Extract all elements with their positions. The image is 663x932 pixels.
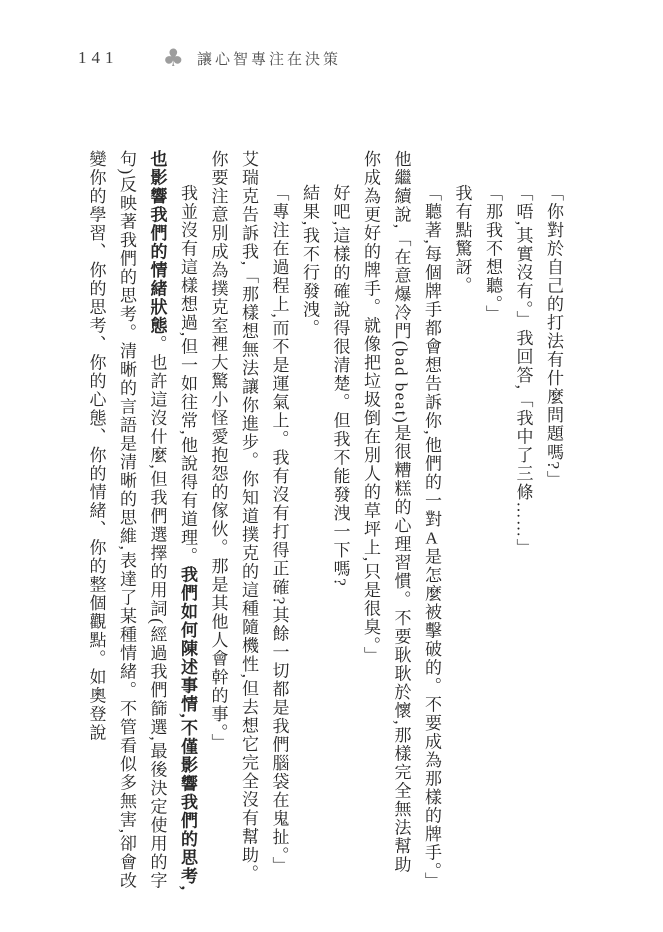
club-suit-icon: ♣: [163, 46, 185, 70]
paragraph: 「聽著,每個牌手都會想告訴你,他們的一對A是怎麼被擊破的。不要成為那樣的牌手。」…: [355, 150, 447, 892]
text-segment: bad beat: [392, 348, 411, 417]
paragraph: 我並沒有這樣想過,但一如往常,他說得有道理。我們如何陳述事情,不僅影響我們的思考…: [80, 150, 202, 892]
body-text: 「你對於自己的打法有什麼問題嗎?」「唔,其實沒有。」我回答,「我中了三條……」「…: [80, 150, 568, 892]
text-segment: 「聽著,每個牌手都會想告訴你,他們的一對: [422, 184, 441, 529]
text-segment: 好吧,這樣的確說得很清楚。但我不能發洩一下嗎?: [331, 184, 350, 587]
text-segment: 「那我不想聽。」: [483, 184, 502, 324]
text-segment: 我並沒有這樣想過,但一如往常,他說得有道理。: [178, 184, 197, 566]
paragraph: 我有點驚訝。: [446, 150, 477, 892]
paragraph: 「你對於自己的打法有什麼問題嗎?」: [538, 150, 569, 892]
paragraph: 「專注在過程上,而不是運氣上。我有沒有打得正確?其餘一切都是我們腦袋在鬼扯。」艾…: [202, 150, 294, 892]
text-segment: 「專注在過程上,而不是運氣上。我有沒有打得正確?其餘一切都是我們腦袋在鬼扯。」艾…: [209, 150, 289, 883]
page-number: 141: [78, 48, 119, 68]
text-segment: 「你對於自己的打法有什麼問題嗎?」: [544, 184, 563, 489]
text-segment: 結果,我不行發洩。: [300, 184, 319, 338]
paragraph: 好吧,這樣的確說得很清楚。但我不能發洩一下嗎?: [324, 150, 355, 892]
book-page: 141 ♣ 讓心智專注在決策 「你對於自己的打法有什麼問題嗎?」「唔,其實沒有。…: [0, 0, 663, 932]
chapter-title: 讓心智專注在決策: [197, 48, 341, 69]
text-segment: 我有點驚訝。: [453, 184, 472, 295]
text-segment: 「唔,其實沒有。」我回答,「我中了三條……」: [514, 184, 533, 557]
text-segment: A: [422, 529, 441, 548]
paragraph: 「唔,其實沒有。」我回答,「我中了三條……」: [507, 150, 538, 892]
running-head: 141 ♣ 讓心智專注在決策: [78, 44, 341, 72]
paragraph: 結果,我不行發洩。: [294, 150, 325, 892]
paragraph: 「那我不想聽。」: [477, 150, 508, 892]
